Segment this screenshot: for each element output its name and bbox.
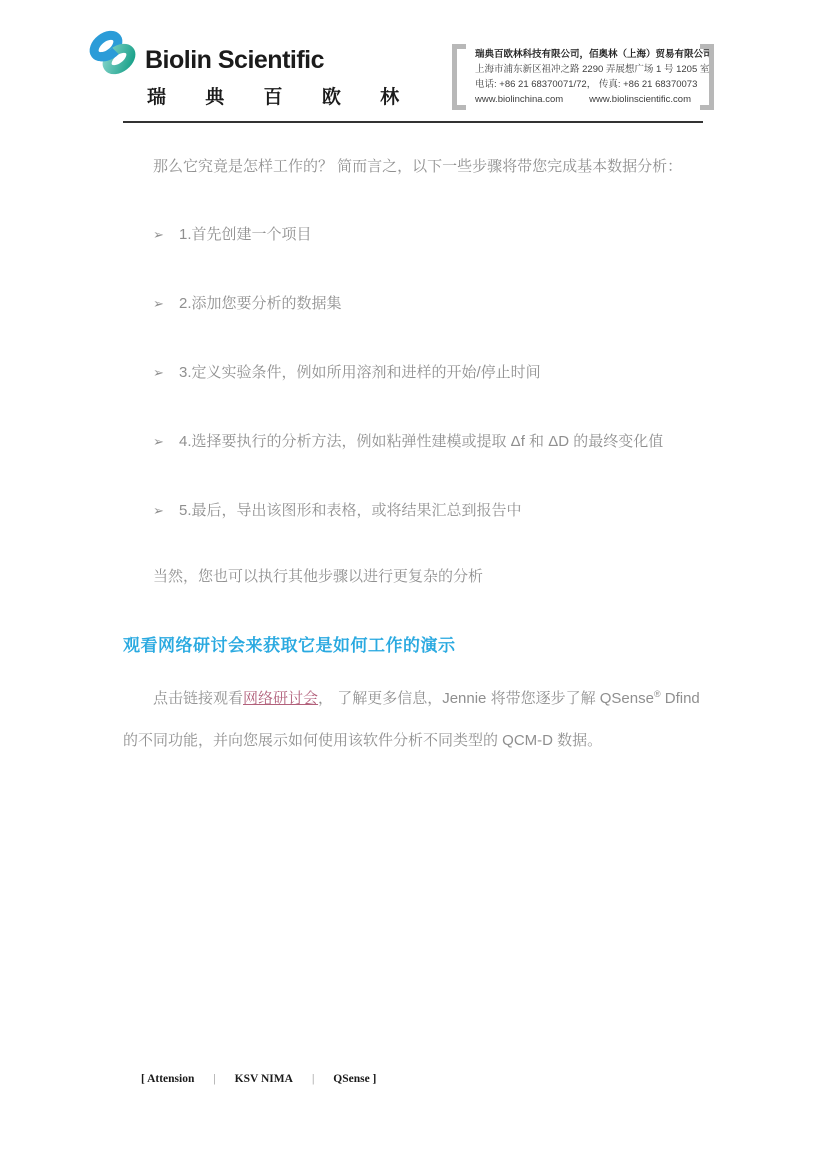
document-page: Biolin Scientific 瑞 典 百 欧 林 瑞典百欧林科技有限公司，… — [0, 0, 826, 1169]
right-bracket-decoration — [700, 44, 714, 110]
page-footer: [ Attension | KSV NIMA | QSense ] — [141, 1073, 376, 1085]
step-item: ➢ 4.选择要执行的分析方法，例如粘弹性建模或提取 Δf 和 ΔD 的最终变化值 — [123, 431, 705, 453]
brand-name-chinese: 瑞 典 百 欧 林 — [147, 82, 416, 109]
phone-fax: 电话: +86 21 68370071/72， 传真: +86 21 68370… — [475, 77, 691, 92]
step-text: 2.添加您要分析的数据集 — [179, 293, 342, 315]
webinar-heading: 观看网络研讨会来获取它是如何工作的演示 — [123, 631, 705, 656]
note-paragraph: 当然，您也可以执行其他步骤以进行更复杂的分析 — [123, 566, 705, 588]
cta-text-before: 点击链接观看 — [153, 690, 243, 707]
cta-text-after: ， 了解更多信息，Jennie 将带您逐步了解 QSense — [318, 690, 654, 707]
footer-separator: | — [213, 1073, 215, 1085]
footer-brand-qsense: QSense ] — [333, 1073, 376, 1085]
website-global: www.biolinscientific.com — [589, 92, 691, 107]
steps-list: ➢ 1.首先创建一个项目 ➢ 2.添加您要分析的数据集 ➢ 3.定义实验条件，例… — [123, 224, 705, 522]
website-china: www.biolinchina.com — [475, 92, 563, 107]
footer-brand-attension: [ Attension — [141, 1073, 194, 1085]
contact-block: 瑞典百欧林科技有限公司，佰奥林（上海）贸易有限公司 上海市浦东新区祖冲之路 22… — [452, 44, 714, 110]
arrow-bullet-icon: ➢ — [153, 431, 179, 453]
step-text: 1.首先创建一个项目 — [179, 224, 312, 246]
arrow-bullet-icon: ➢ — [153, 224, 179, 246]
webinar-link[interactable]: 网络研讨会 — [243, 690, 318, 707]
brand-name: Biolin Scientific — [145, 46, 324, 75]
arrow-bullet-icon: ➢ — [153, 293, 179, 315]
step-item: ➢ 2.添加您要分析的数据集 — [123, 293, 705, 315]
step-text: 5.最后，导出该图形和表格，或将结果汇总到报告中 — [179, 500, 522, 522]
document-body: 那么它究竟是怎样工作的？ 简而言之，以下一些步骤将带您完成基本数据分析： ➢ 1… — [123, 156, 705, 762]
registered-trademark: ® — [654, 689, 661, 699]
arrow-bullet-icon: ➢ — [153, 500, 179, 522]
company-address: 上海市浦东新区祖冲之路 2290 弄展想广场 1 号 1205 室 — [475, 62, 691, 77]
header-divider — [123, 121, 703, 123]
step-item: ➢ 3.定义实验条件，例如所用溶剂和进样的开始/停止时间 — [123, 362, 705, 384]
step-item: ➢ 5.最后，导出该图形和表格，或将结果汇总到报告中 — [123, 500, 705, 522]
left-bracket-decoration — [452, 44, 466, 110]
step-item: ➢ 1.首先创建一个项目 — [123, 224, 705, 246]
biolin-logo-icon — [84, 24, 142, 84]
intro-paragraph: 那么它究竟是怎样工作的？ 简而言之，以下一些步骤将带您完成基本数据分析： — [123, 156, 705, 178]
step-text: 4.选择要执行的分析方法，例如粘弹性建模或提取 Δf 和 ΔD 的最终变化值 — [179, 431, 663, 453]
company-name: 瑞典百欧林科技有限公司，佰奥林（上海）贸易有限公司 — [475, 47, 691, 62]
cta-paragraph: 点击链接观看网络研讨会， 了解更多信息，Jennie 将带您逐步了解 QSens… — [123, 678, 705, 762]
footer-brand-ksv-nima: KSV NIMA — [235, 1073, 293, 1085]
step-text: 3.定义实验条件，例如所用溶剂和进样的开始/停止时间 — [179, 362, 541, 384]
arrow-bullet-icon: ➢ — [153, 362, 179, 384]
footer-separator: | — [312, 1073, 314, 1085]
